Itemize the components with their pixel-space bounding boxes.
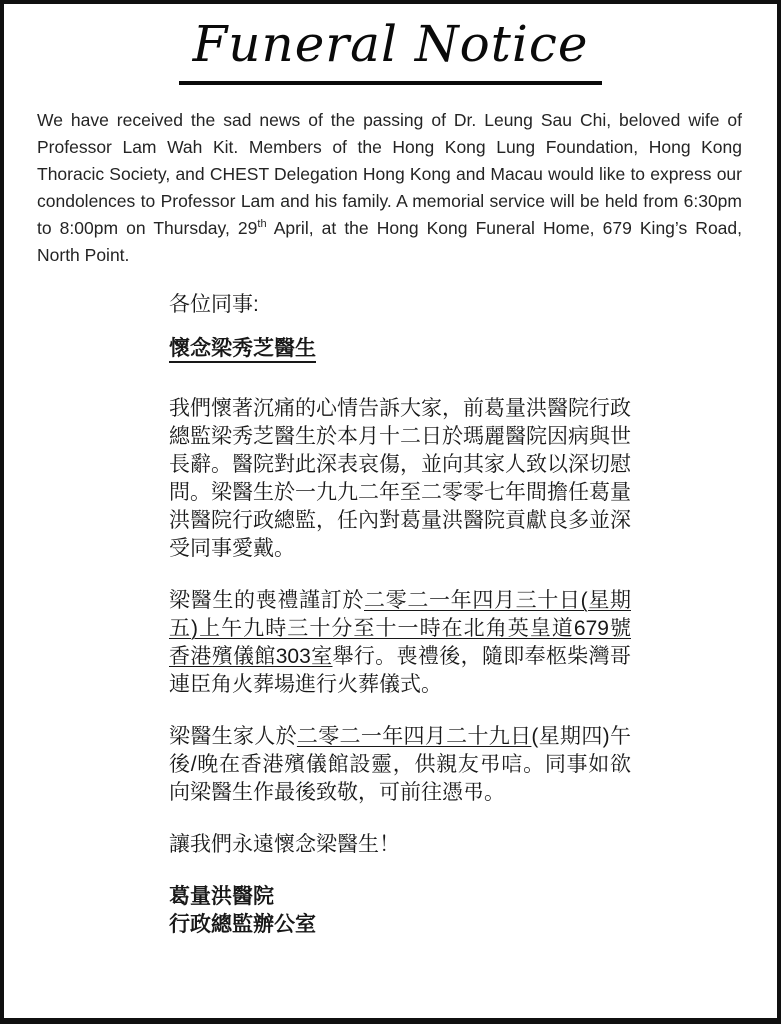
vigil-paragraph-lead: 梁醫生家人於 xyxy=(169,725,297,748)
funeral-paragraph-lead: 梁醫生的喪禮謹訂於 xyxy=(169,589,364,612)
memorial-heading-text: 懷念梁秀芝醫生 xyxy=(169,337,316,363)
paragraph-obituary: 我們懷著沉痛的心情告訴大家，前葛量洪醫院行政總監梁秀芝醫生於本月十二日於瑪麗醫院… xyxy=(169,395,631,563)
paragraph-vigil-arrangement: 梁醫生家人於二零二一年四月二十九日(星期四)午後/晚在香港殯儀館設靈，供親友弔唁… xyxy=(169,723,631,807)
funeral-notice-page: Funeral Notice We have received the sad … xyxy=(0,0,781,1024)
signature-hospital-name: 葛量洪醫院 xyxy=(169,883,631,911)
vigil-date-underlined: 二零二一年四月二十九日 xyxy=(297,725,532,748)
ordinal-superscript: th xyxy=(257,218,266,230)
english-announcement-paragraph: We have received the sad news of the pas… xyxy=(37,107,742,269)
memorial-heading: 懷念梁秀芝醫生 xyxy=(169,335,631,363)
signature-office-name: 行政總監辦公室 xyxy=(169,911,631,939)
paragraph-funeral-arrangement: 梁醫生的喪禮謹訂於二零二一年四月三十日(星期五)上午九時三十分至十一時在北角英皇… xyxy=(169,587,631,699)
page-title: Funeral Notice xyxy=(179,14,603,85)
closing-remembrance-line: 讓我們永遠懷念梁醫生！ xyxy=(169,831,631,859)
chinese-notice-section: 各位同事: 懷念梁秀芝醫生 我們懷著沉痛的心情告訴大家，前葛量洪醫院行政總監梁秀… xyxy=(169,291,631,939)
salutation-line: 各位同事: xyxy=(169,291,631,319)
title-area: Funeral Notice xyxy=(4,14,777,85)
